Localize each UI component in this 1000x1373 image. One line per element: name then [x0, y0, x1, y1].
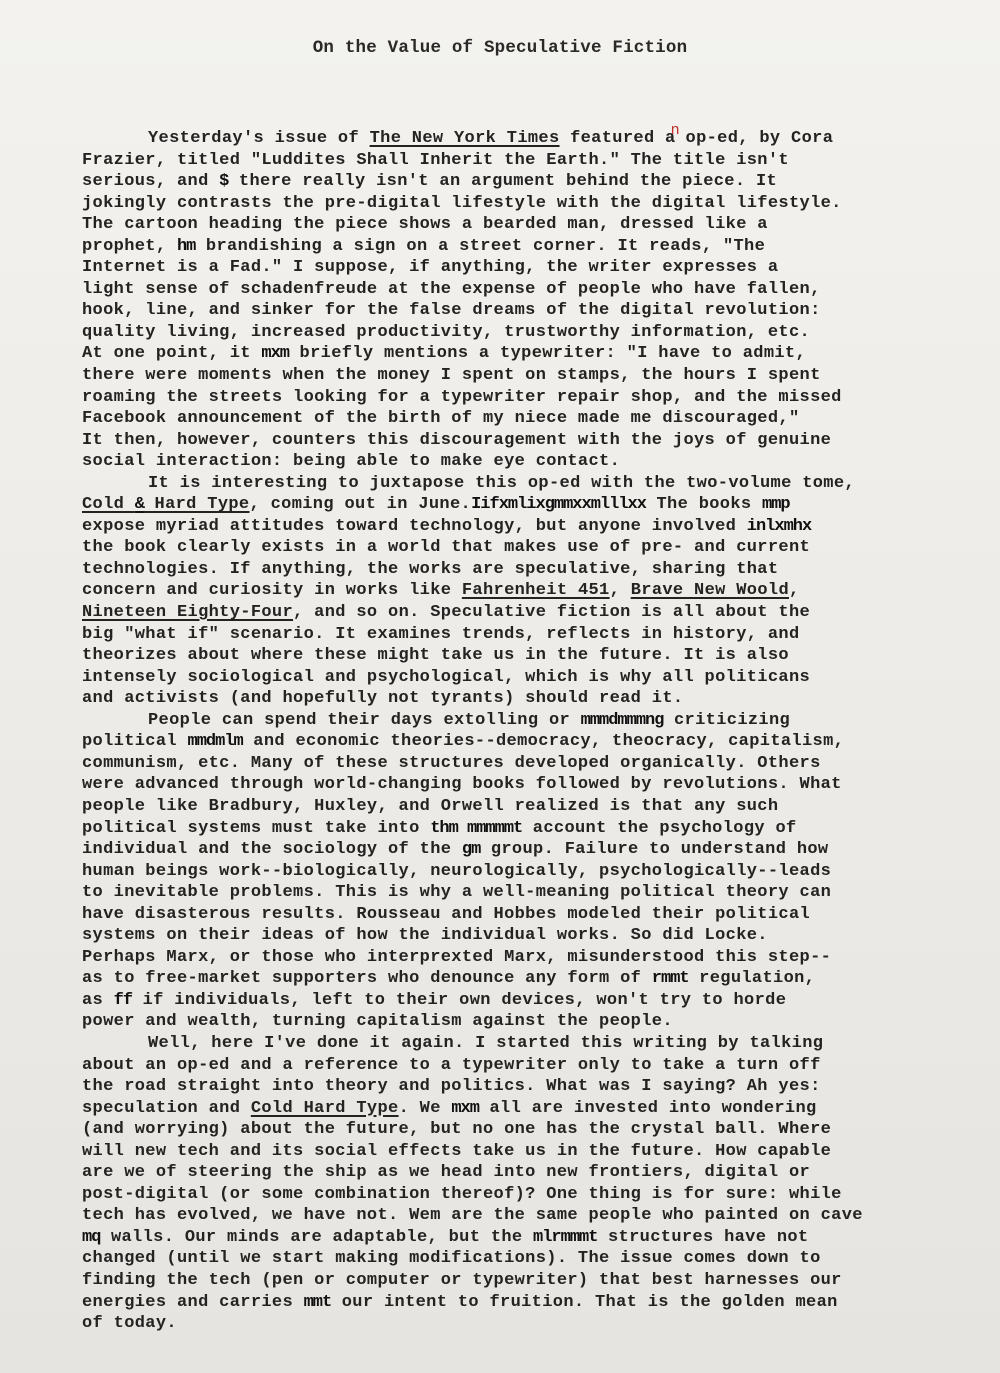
- text-line: Facebook announcement of the birth of my…: [82, 408, 962, 430]
- underlined-title: Fahrenheit 451: [462, 581, 610, 600]
- text-segment: post-digital (or some combination thereo…: [82, 1185, 842, 1204]
- text-segment: and economic theories--democracy, theocr…: [243, 732, 844, 751]
- text-segment: technologies. If anything, the works are…: [82, 560, 778, 579]
- struck-out-text: gm: [462, 840, 480, 859]
- text-segment: social interaction: being able to make e…: [82, 452, 620, 471]
- text-segment: all are invested into wondering: [479, 1099, 817, 1118]
- text-line: People can spend their days extolling or…: [82, 710, 962, 732]
- struck-out-text: hm: [177, 237, 195, 256]
- text-segment: individual and the sociology of the: [82, 840, 462, 859]
- text-line: of today.: [82, 1313, 962, 1335]
- text-line: will new tech and its social effects tak…: [82, 1141, 962, 1163]
- text-segment: there really isn't an argument behind th…: [228, 172, 777, 191]
- text-line: have disasterous results. Rousseau and H…: [82, 904, 962, 926]
- struck-out-text: mmp: [762, 495, 790, 514]
- text-segment: criticizing: [663, 711, 790, 730]
- text-segment: serious, and: [82, 172, 219, 191]
- text-line: It is interesting to juxtapose this op-e…: [82, 473, 962, 495]
- text-line: At one point, it mxm briefly mentions a …: [82, 343, 962, 365]
- text-segment: if individuals, left to their own device…: [132, 991, 786, 1010]
- text-line: Cold & Hard Type, coming out in June.Iif…: [82, 494, 962, 516]
- text-line: speculation and Cold Hard Type. We mxm a…: [82, 1098, 962, 1120]
- text-segment: power and wealth, turning capitalism aga…: [82, 1012, 673, 1031]
- text-segment: as: [82, 991, 114, 1010]
- text-segment: political systems must take into: [82, 819, 430, 838]
- text-line: systems on their ideas of how the indivi…: [82, 925, 962, 947]
- text-line: as ff if individuals, left to their own …: [82, 990, 962, 1012]
- text-segment: tech has evolved, we have not. Wem are t…: [82, 1206, 863, 1225]
- text-segment: hook, line, and sinker for the false dre…: [82, 301, 821, 320]
- text-line: Nineteen Eighty-Four, and so on. Specula…: [82, 602, 962, 624]
- text-line: technologies. If anything, the works are…: [82, 559, 962, 581]
- text-line: political mmdmlm and economic theories--…: [82, 731, 962, 753]
- text-line: jokingly contrasts the pre-digital lifes…: [82, 193, 962, 215]
- text-segment: , coming out in June.: [250, 495, 472, 514]
- text-line: concern and curiosity in works like Fahr…: [82, 580, 962, 602]
- text-line: Internet is a Fad." I suppose, if anythi…: [82, 257, 962, 279]
- text-segment: of today.: [82, 1314, 177, 1333]
- text-segment: expose myriad attitudes toward technolog…: [82, 517, 747, 536]
- text-line: about an op-ed and a reference to a type…: [82, 1055, 962, 1077]
- underlined-title: &: [135, 495, 144, 514]
- text-segment: jokingly contrasts the pre-digital lifes…: [82, 194, 842, 213]
- text-line: political systems must take into thm mmm…: [82, 818, 962, 840]
- struck-out-text: $: [219, 172, 228, 191]
- text-segment: regulation,: [689, 969, 816, 988]
- text-segment: The cartoon heading the piece shows a be…: [82, 215, 768, 234]
- text-segment: . We: [399, 1099, 452, 1118]
- text-segment: communism, etc. Many of these structures…: [82, 754, 821, 773]
- text-segment: It then, however, counters this discoura…: [82, 431, 831, 450]
- text-line: Frazier, titled "Luddites Shall Inherit …: [82, 150, 962, 172]
- text-segment: intensely sociological and psychological…: [82, 668, 810, 687]
- text-segment: op-ed, by Cora: [675, 129, 833, 148]
- text-line: to inevitable problems. This is why a we…: [82, 882, 962, 904]
- text-segment: brandishing a sign on a street corner. I…: [195, 237, 765, 256]
- text-line: energies and carries mmt our intent to f…: [82, 1292, 962, 1314]
- text-segment: Facebook announcement of the birth of my…: [82, 409, 800, 428]
- text-line: serious, and $ there really isn't an arg…: [82, 171, 962, 193]
- text-segment: as to free-market supporters who denounc…: [82, 969, 652, 988]
- text-segment: about an op-ed and a reference to a type…: [82, 1056, 821, 1075]
- text-segment: quality living, increased productivity, …: [82, 323, 810, 342]
- underlined-title: Cold Hard Type: [251, 1099, 399, 1118]
- text-segment: Perhaps Marx, or those who interprexted …: [82, 948, 831, 967]
- struck-out-text: inlxmhx: [747, 517, 811, 536]
- text-segment: The books: [646, 495, 762, 514]
- text-line: Yesterday's issue of The New York Times …: [82, 128, 962, 150]
- text-segment: energies and carries: [82, 1293, 304, 1312]
- text-line: (and worrying) about the future, but no …: [82, 1119, 962, 1141]
- struck-out-text: mmmdmmmng: [581, 711, 664, 730]
- text-segment: At one point, it: [82, 344, 261, 363]
- text-segment: Frazier, titled "Luddites Shall Inherit …: [82, 151, 789, 170]
- struck-out-text: mmdmlm: [188, 732, 243, 751]
- text-segment: changed (until we start making modificat…: [82, 1249, 821, 1268]
- underlined-title: The New York Times: [370, 129, 560, 148]
- struck-out-text: ff: [114, 991, 132, 1010]
- struck-out-text: mlrmmmt: [533, 1228, 597, 1247]
- underlined-title: Hard Type: [144, 495, 250, 514]
- text-segment: ,: [610, 581, 631, 600]
- text-segment: were advanced through world-changing boo…: [82, 775, 842, 794]
- text-segment: speculation and: [82, 1099, 251, 1118]
- text-line: are we of steering the ship as we head i…: [82, 1162, 962, 1184]
- text-segment: It is interesting to juxtapose this op-e…: [148, 474, 855, 493]
- document-body: Yesterday's issue of The New York Times …: [82, 128, 962, 1335]
- text-line: the book clearly exists in a world that …: [82, 537, 962, 559]
- text-segment: structures have not: [597, 1228, 808, 1247]
- text-segment: finding the tech (pen or computer or typ…: [82, 1271, 842, 1290]
- text-segment: are we of steering the ship as we head i…: [82, 1163, 810, 1182]
- text-line: there were moments when the money I spen…: [82, 365, 962, 387]
- text-segment: and activists (and hopefully not tyrants…: [82, 689, 683, 708]
- text-segment: ,: [789, 581, 800, 600]
- text-line: communism, etc. Many of these structures…: [82, 753, 962, 775]
- text-line: Perhaps Marx, or those who interprexted …: [82, 947, 962, 969]
- text-segment: account the psychology of: [522, 819, 796, 838]
- text-segment: Internet is a Fad." I suppose, if anythi…: [82, 258, 778, 277]
- text-line: quality living, increased productivity, …: [82, 322, 962, 344]
- text-line: the road straight into theory and politi…: [82, 1076, 962, 1098]
- text-line: mq walls. Our minds are adaptable, but t…: [82, 1227, 962, 1249]
- text-segment: , and so on. Speculative fiction is all …: [293, 603, 810, 622]
- text-segment: our intent to fruition. That is the gold…: [331, 1293, 837, 1312]
- text-segment: people like Bradbury, Huxley, and Orwell…: [82, 797, 778, 816]
- text-line: social interaction: being able to make e…: [82, 451, 962, 473]
- text-segment: featured a: [560, 129, 676, 148]
- struck-out-text: mq: [82, 1228, 100, 1247]
- text-segment: to inevitable problems. This is why a we…: [82, 883, 831, 902]
- text-segment: political: [82, 732, 188, 751]
- text-line: as to free-market supporters who denounc…: [82, 968, 962, 990]
- text-segment: have disasterous results. Rousseau and H…: [82, 905, 810, 924]
- handwritten-correction: n: [671, 122, 680, 139]
- text-line: expose myriad attitudes toward technolog…: [82, 516, 962, 538]
- text-segment: will new tech and its social effects tak…: [82, 1142, 831, 1161]
- text-line: human beings work--biologically, neurolo…: [82, 861, 962, 883]
- struck-out-text: mmt: [304, 1293, 332, 1312]
- struck-out-text: Iifxmlixgmmxxmlllxx: [471, 495, 646, 514]
- text-segment: People can spend their days extolling or: [148, 711, 581, 730]
- text-segment: theorizes about where these might take u…: [82, 646, 789, 665]
- text-segment: briefly mentions a typewriter: "I have t…: [289, 344, 806, 363]
- text-line: hook, line, and sinker for the false dre…: [82, 300, 962, 322]
- text-line: post-digital (or some combination thereo…: [82, 1184, 962, 1206]
- struck-out-text: rmmt: [652, 969, 689, 988]
- text-segment: light sense of schadenfreude at the expe…: [82, 280, 821, 299]
- text-segment: Well, here I've done it again. I started…: [148, 1034, 823, 1053]
- text-segment: systems on their ideas of how the indivi…: [82, 926, 768, 945]
- text-segment: walls. Our minds are adaptable, but the: [100, 1228, 533, 1247]
- text-segment: prophet,: [82, 237, 177, 256]
- text-segment: roaming the streets looking for a typewr…: [82, 388, 842, 407]
- text-segment: (and worrying) about the future, but no …: [82, 1120, 831, 1139]
- text-segment: Yesterday's issue of: [148, 129, 370, 148]
- text-segment: big "what if" scenario. It examines tren…: [82, 625, 800, 644]
- text-line: and activists (and hopefully not tyrants…: [82, 688, 962, 710]
- struck-out-text: mxm: [451, 1099, 479, 1118]
- text-segment: concern and curiosity in works like: [82, 581, 462, 600]
- struck-out-text: thm mmmmmt: [430, 819, 522, 838]
- text-line: power and wealth, turning capitalism aga…: [82, 1011, 962, 1033]
- text-line: light sense of schadenfreude at the expe…: [82, 279, 962, 301]
- text-segment: the road straight into theory and politi…: [82, 1077, 821, 1096]
- text-line: Well, here I've done it again. I started…: [82, 1033, 962, 1055]
- underlined-title: Nineteen Eighty-Four: [82, 603, 293, 622]
- text-segment: human beings work--biologically, neurolo…: [82, 862, 831, 881]
- text-segment: there were moments when the money I spen…: [82, 366, 821, 385]
- typewritten-page: On the Value of Speculative Fiction Yest…: [0, 0, 1000, 1373]
- text-line: individual and the sociology of the gm g…: [82, 839, 962, 861]
- text-segment: the book clearly exists in a world that …: [82, 538, 810, 557]
- text-line: big "what if" scenario. It examines tren…: [82, 624, 962, 646]
- document-title: On the Value of Speculative Fiction: [0, 38, 1000, 58]
- text-line: It then, however, counters this discoura…: [82, 430, 962, 452]
- text-line: The cartoon heading the piece shows a be…: [82, 214, 962, 236]
- text-line: tech has evolved, we have not. Wem are t…: [82, 1205, 962, 1227]
- text-line: roaming the streets looking for a typewr…: [82, 387, 962, 409]
- text-line: finding the tech (pen or computer or typ…: [82, 1270, 962, 1292]
- text-line: were advanced through world-changing boo…: [82, 774, 962, 796]
- underlined-title: Brave New Woold: [631, 581, 789, 600]
- text-line: theorizes about where these might take u…: [82, 645, 962, 667]
- text-line: prophet, hm brandishing a sign on a stre…: [82, 236, 962, 258]
- text-line: changed (until we start making modificat…: [82, 1248, 962, 1270]
- text-segment: group. Failure to understand how: [480, 840, 828, 859]
- underlined-title: Cold: [82, 495, 135, 514]
- text-line: people like Bradbury, Huxley, and Orwell…: [82, 796, 962, 818]
- text-line: intensely sociological and psychological…: [82, 667, 962, 689]
- struck-out-text: mxm: [261, 344, 289, 363]
